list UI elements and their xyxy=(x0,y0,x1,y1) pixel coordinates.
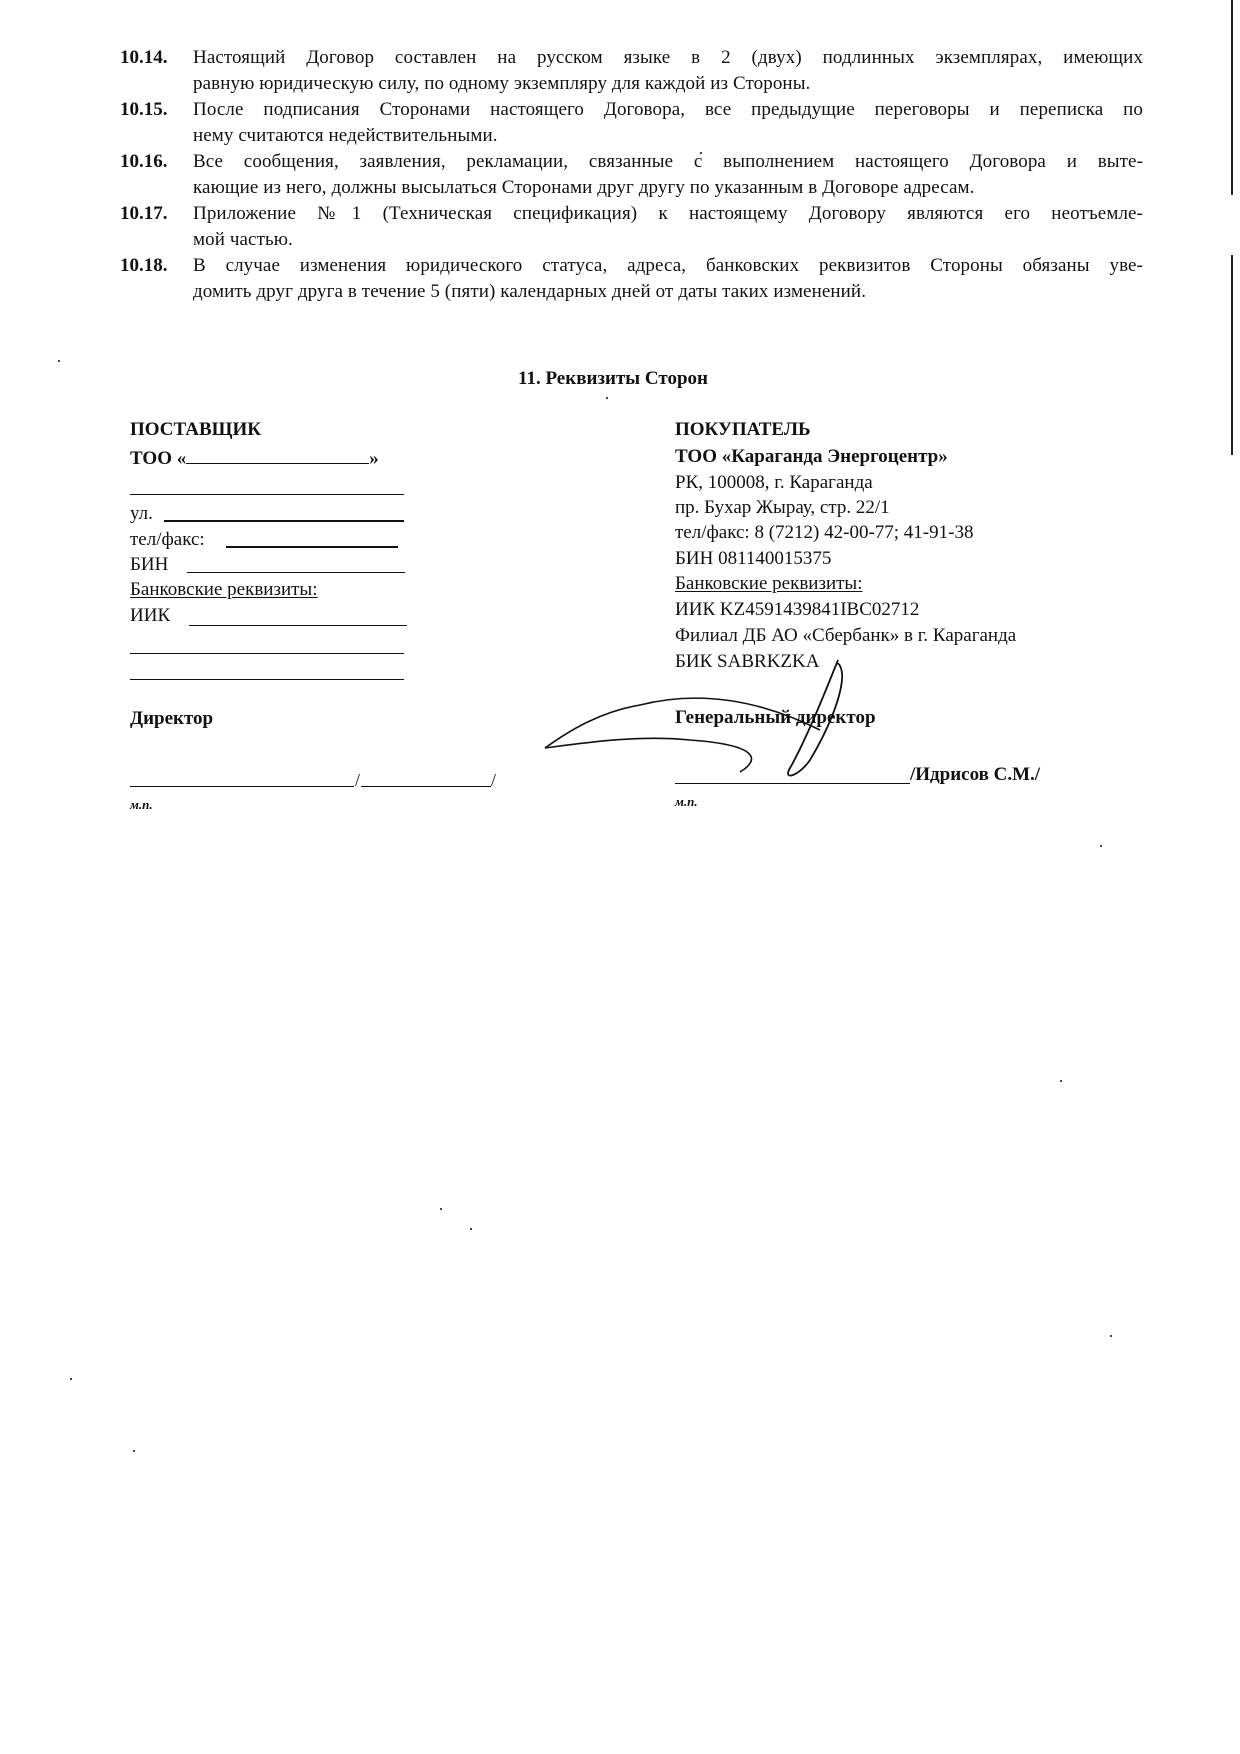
phone-blank xyxy=(226,546,398,548)
clause-text-line: нему считаются недействительными. xyxy=(193,125,498,147)
clause-number: 10.16. xyxy=(120,151,168,173)
buyer-company: ТОО «Караганда Энергоцентр» xyxy=(675,446,948,468)
scan-speck xyxy=(700,152,702,154)
signature-separator: / xyxy=(355,770,360,791)
clause-text-line: мой частью. xyxy=(193,229,293,251)
supplier-position: Директор xyxy=(130,708,213,730)
scan-speck xyxy=(606,397,608,399)
buyer-bank-branch: Филиал ДБ АО «Сбербанк» в г. Караганда xyxy=(675,625,1016,647)
company-name-blank xyxy=(186,447,369,464)
buyer-bik: БИК SABRKZKA xyxy=(675,651,819,673)
blank-line xyxy=(130,494,404,495)
clause-text-line: Приложение №1 (Техническая спецификация)… xyxy=(193,203,1143,225)
buyer-address-city: РК, 100008, г. Караганда xyxy=(675,472,873,494)
supplier-title: ПОСТАВЩИК xyxy=(130,419,261,441)
company-prefix: ТОО « xyxy=(130,448,186,469)
stamp-place: м.п. xyxy=(675,794,698,810)
scan-speck xyxy=(1060,1080,1062,1082)
buyer-title: ПОКУПАТЕЛЬ xyxy=(675,419,811,441)
buyer-position: Генеральный директор xyxy=(675,707,876,729)
clause-text-line: После подписания Сторонами настоящего До… xyxy=(193,99,1143,121)
bin-blank xyxy=(187,572,405,573)
clause-number: 10.18. xyxy=(120,255,168,277)
signature-separator: / xyxy=(491,770,496,791)
scan-speck xyxy=(1100,845,1102,847)
clause-text-line: Все сообщения, заявления, рекламации, св… xyxy=(193,151,1143,173)
clause-text-line: Настоящий Договор составлен на русском я… xyxy=(193,47,1143,69)
buyer-bin: БИН 081140015375 xyxy=(675,548,831,570)
buyer-iik: ИИК KZ4591439841IBC02712 xyxy=(675,599,919,621)
signature-blank xyxy=(675,783,910,784)
clause-text-line: кающие из него, должны высылаться Сторон… xyxy=(193,177,975,199)
buyer-phone: тел/факс: 8 (7212) 42-00-77; 41-91-38 xyxy=(675,522,973,544)
scan-speck xyxy=(70,1378,72,1380)
blank-line xyxy=(130,679,404,680)
blank-line xyxy=(130,653,404,654)
supplier-company: ТОО «» xyxy=(130,447,379,470)
clause-number: 10.14. xyxy=(120,47,168,69)
scan-speck xyxy=(133,1450,135,1452)
bank-details-label: Банковские реквизиты: xyxy=(130,579,317,601)
scan-edge-line xyxy=(1231,255,1233,455)
scan-edge-line xyxy=(1231,0,1233,195)
clause-number: 10.15. xyxy=(120,99,168,121)
street-label: ул. xyxy=(130,503,153,525)
iik-label: ИИК xyxy=(130,605,170,627)
bin-label: БИН xyxy=(130,554,168,576)
clause-text-line: домить друг друга в течение 5 (пяти) кал… xyxy=(193,281,866,303)
buyer-bank-details-label: Банковские реквизиты: xyxy=(675,573,862,595)
scan-speck xyxy=(470,1228,472,1230)
section-heading: 11. Реквизиты Сторон xyxy=(518,368,708,390)
scan-speck xyxy=(1110,1335,1112,1337)
iik-blank xyxy=(189,625,407,626)
scan-speck xyxy=(58,360,60,362)
name-blank xyxy=(361,786,491,787)
clause-text-line: равную юридическую силу, по одному экзем… xyxy=(193,73,810,95)
buyer-signatory: /Идрисов С.М./ xyxy=(910,764,1040,786)
clause-text-line: В случае изменения юридического статуса,… xyxy=(193,255,1143,277)
signature-blank xyxy=(130,786,354,787)
clause-number: 10.17. xyxy=(120,203,168,225)
scan-speck xyxy=(440,1208,442,1210)
buyer-address-street: пр. Бухар Жырау, стр. 22/1 xyxy=(675,497,890,519)
phone-label: тел/факс: xyxy=(130,529,205,551)
street-blank xyxy=(164,520,404,522)
stamp-place: м.п. xyxy=(130,797,153,813)
company-suffix: » xyxy=(369,448,379,469)
